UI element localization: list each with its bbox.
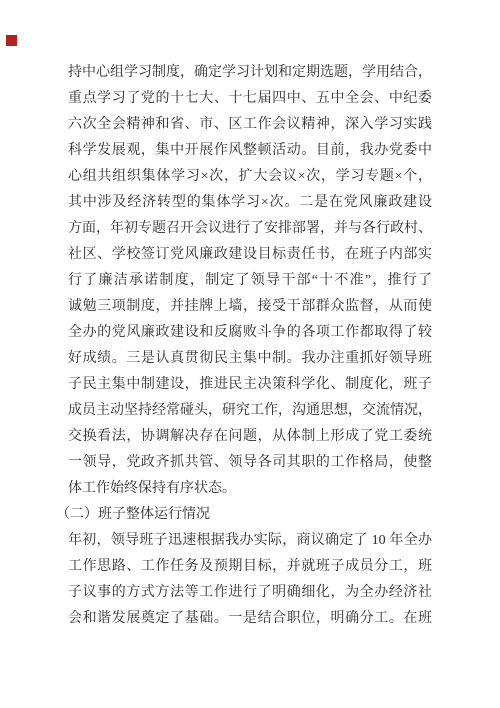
text-line: 科学发展观，集中开展作风整顿活动。目前，我办党委中: [68, 138, 432, 164]
text-line: 体工作始终保持有序状态。: [68, 476, 432, 502]
text-line: 会和谐发展奠定了基础。一是结合职位，明确分工。在班: [68, 606, 432, 632]
red-square-marker: [6, 35, 17, 46]
text-line: 全办的党风廉政建设和反腐败斗争的各项工作都取得了较: [68, 320, 432, 346]
text-line: 子议事的方式方法等工作进行了明确细化，为全办经济社: [68, 580, 432, 606]
document-page: 持中心组学习制度，确定学习计划和定期选题，学用结合， 重点学习了党的十七大、十七…: [0, 0, 500, 708]
text-line: 子民主集中制建设，推进民主决策科学化、制度化，班子: [68, 372, 432, 398]
section-heading: （二）班子整体运行情况: [56, 502, 432, 528]
document-body: 持中心组学习制度，确定学习计划和定期选题，学用结合， 重点学习了党的十七大、十七…: [68, 60, 432, 632]
text-line: 重点学习了党的十七大、十七届四中、五中全会、中纪委: [68, 86, 432, 112]
text-line: 六次全会精神和省、市、区工作会议精神，深入学习实践: [68, 112, 432, 138]
text-line: 成员主动坚持经常碰头，研究工作，沟通思想，交流情况，: [68, 398, 432, 424]
text-line: 好成绩。三是认真贯彻民主集中制。我办注重抓好领导班: [68, 346, 432, 372]
text-line: 社区、学校签订党风廉政建设目标责任书，在班子内部实: [68, 242, 432, 268]
text-line: 方面，年初专题召开会议进行了安排部署，并与各行政村、: [68, 216, 432, 242]
text-line: 其中涉及经济转型的集体学习×次。二是在党风廉政建设: [68, 190, 432, 216]
text-line: 交换看法，协调解决存在问题，从体制上形成了党工委统: [68, 424, 432, 450]
text-line: 工作思路、工作任务及预期目标，并就班子成员分工，班: [68, 554, 432, 580]
text-line: 心组共组织集体学习×次，扩大会议×次，学习专题×个，: [68, 164, 432, 190]
text-line: 诚勉三项制度，并挂牌上墙，接受干部群众监督，从而使: [68, 294, 432, 320]
text-line: 持中心组学习制度，确定学习计划和定期选题，学用结合，: [68, 60, 432, 86]
text-line: 年初，领导班子迅速根据我办实际，商议确定了 10 年全办: [68, 528, 432, 554]
text-line: 一领导，党政齐抓共管、领导各司其职的工作格局，使整: [68, 450, 432, 476]
text-line: 行了廉洁承诺制度，制定了领导干部“十不准”，推行了: [68, 268, 432, 294]
